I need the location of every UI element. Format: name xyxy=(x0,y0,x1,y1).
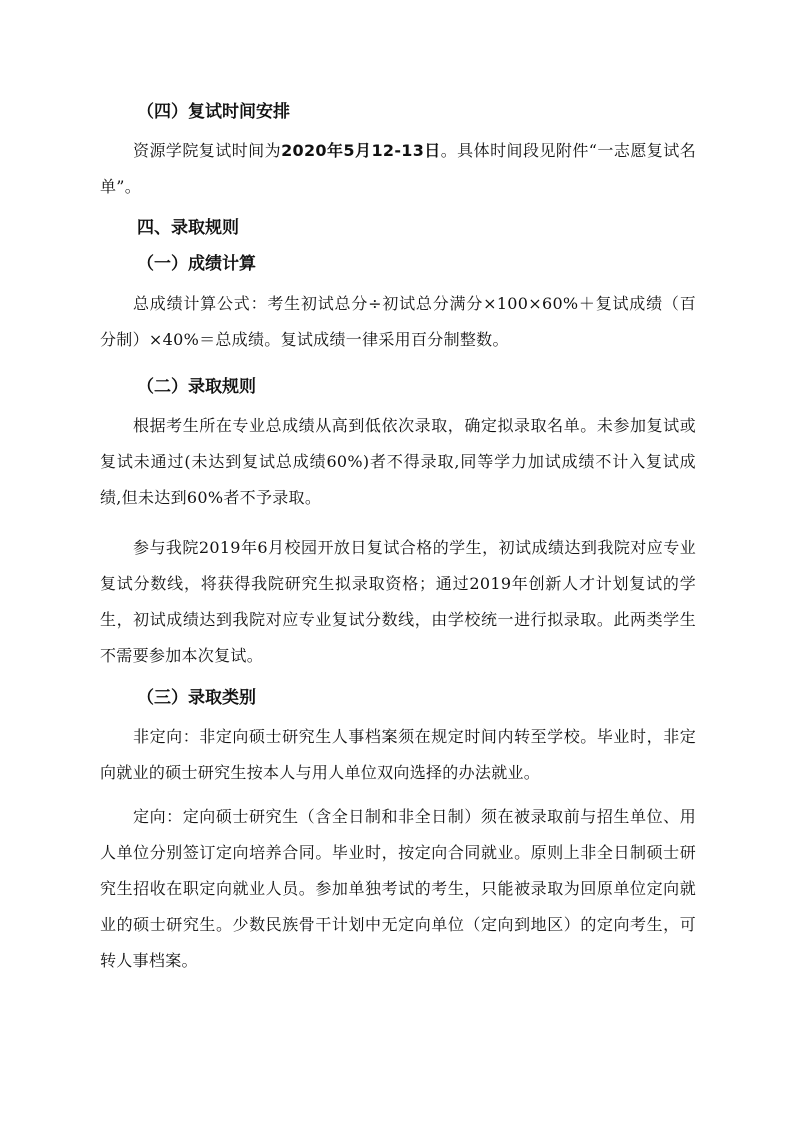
document-page: （四）复试时间安排 资源学院复试时间为2020年5月12-13日。具体时间段见附… xyxy=(0,0,793,1121)
schedule-text-pre: 资源学院复试时间为 xyxy=(133,141,281,160)
section-heading-admission-categories: （三）录取类别 xyxy=(137,683,256,708)
schedule-date: 2020年5月12-13日 xyxy=(281,141,441,160)
paragraph-admission-rules-2: 参与我院2019年6月校园开放日复试合格的学生，初试成绩达到我院对应专业复试分数… xyxy=(100,530,696,674)
section-heading-score-calc: （一）成绩计算 xyxy=(137,249,256,274)
paragraph-score-calc: 总成绩计算公式：考生初试总分÷初试总分满分×100×60%＋复试成绩（百分制）×… xyxy=(100,286,696,358)
section-heading-admission-rules: （二）录取规则 xyxy=(137,372,256,397)
paragraph-directed: 定向：定向硕士研究生（含全日制和非全日制）须在被录取前与招生单位、用人单位分别签… xyxy=(100,799,696,979)
paragraph-non-directed: 非定向：非定向硕士研究生人事档案须在规定时间内转至学校。毕业时，非定向就业的硕士… xyxy=(100,719,696,791)
section-heading-schedule: （四）复试时间安排 xyxy=(137,97,290,122)
chapter-heading-admission-rules: 四、录取规则 xyxy=(137,213,239,238)
paragraph-schedule: 资源学院复试时间为2020年5月12-13日。具体时间段见附件“一志愿复试名单”… xyxy=(100,133,696,205)
paragraph-admission-rules-1: 根据考生所在专业总成绩从高到低依次录取，确定拟录取名单。未参加复试或复试未通过(… xyxy=(100,408,696,516)
